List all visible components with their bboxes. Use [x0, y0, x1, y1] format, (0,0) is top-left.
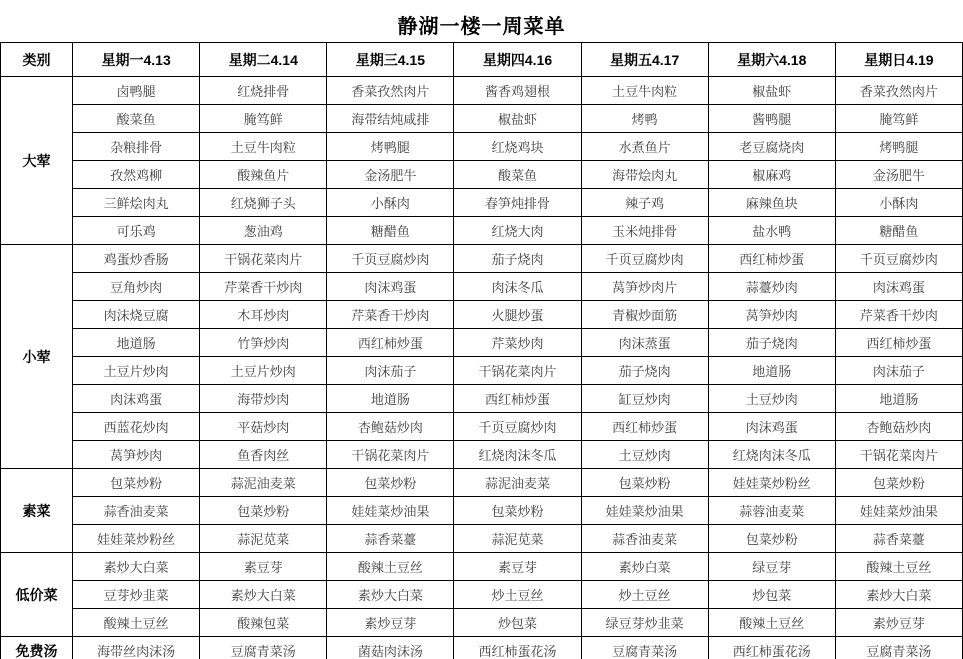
- menu-cell: 西红柿蛋花汤: [708, 637, 835, 659]
- page-title: 静湖一楼一周菜单: [0, 0, 963, 42]
- menu-cell: 千页豆腐炒肉: [835, 245, 962, 273]
- menu-cell: 木耳炒肉: [200, 301, 327, 329]
- menu-cell: 肉沫鸡蛋: [327, 273, 454, 301]
- menu-cell: 西红柿炒蛋: [581, 413, 708, 441]
- menu-cell: 蒜香油麦菜: [73, 497, 200, 525]
- menu-cell: 蒜泥油麦菜: [200, 469, 327, 497]
- menu-cell: 鱼香肉丝: [200, 441, 327, 469]
- menu-cell: 豆腐青菜汤: [200, 637, 327, 659]
- menu-cell: 肉沫茄子: [327, 357, 454, 385]
- menu-cell: 红烧大肉: [454, 217, 581, 245]
- menu-cell: 素豆芽: [200, 553, 327, 581]
- category-cell: 大荤: [1, 77, 73, 245]
- menu-cell: 酸菜鱼: [73, 105, 200, 133]
- menu-cell: 土豆炒肉: [708, 385, 835, 413]
- menu-cell: 麻辣鱼块: [708, 189, 835, 217]
- menu-cell: 蒜香菜薹: [327, 525, 454, 553]
- menu-cell: 红烧鸡块: [454, 133, 581, 161]
- menu-cell: 西红柿炒蛋: [454, 385, 581, 413]
- menu-cell: 豆芽炒韭菜: [73, 581, 200, 609]
- menu-cell: 烤鸭: [581, 105, 708, 133]
- menu-cell: 炒土豆丝: [581, 581, 708, 609]
- menu-row: 杂粮排骨土豆牛肉粒烤鸭腿红烧鸡块水煮鱼片老豆腐烧肉烤鸭腿: [1, 133, 963, 161]
- menu-row: 酸辣土豆丝酸辣包菜素炒豆芽炒包菜绿豆芽炒韭菜酸辣土豆丝素炒豆芽: [1, 609, 963, 637]
- menu-cell: 盐水鸭: [708, 217, 835, 245]
- menu-table-header: 类别 星期一4.13 星期二4.14 星期三4.15 星期四4.16 星期五4.…: [1, 43, 963, 77]
- menu-cell: 海带丝肉沫汤: [73, 637, 200, 659]
- category-cell: 免费汤: [1, 637, 73, 659]
- menu-cell: 青椒炒面筋: [581, 301, 708, 329]
- header-category: 类别: [1, 43, 73, 77]
- menu-cell: 平菇炒肉: [200, 413, 327, 441]
- menu-cell: 素炒大白菜: [73, 553, 200, 581]
- menu-cell: 素炒豆芽: [327, 609, 454, 637]
- menu-row: 低价菜素炒大白菜素豆芽酸辣土豆丝素豆芽素炒白菜绿豆芽酸辣土豆丝: [1, 553, 963, 581]
- menu-cell: 火腿炒蛋: [454, 301, 581, 329]
- menu-cell: 三鲜烩肉丸: [73, 189, 200, 217]
- header-sunday: 星期日4.19: [835, 43, 962, 77]
- menu-cell: 缸豆炒肉: [581, 385, 708, 413]
- menu-cell: 芹菜香干炒肉: [200, 273, 327, 301]
- menu-cell: 土豆片炒肉: [73, 357, 200, 385]
- menu-cell: 豆角炒肉: [73, 273, 200, 301]
- header-thursday: 星期四4.16: [454, 43, 581, 77]
- menu-cell: 肉沫烧豆腐: [73, 301, 200, 329]
- menu-cell: 地道肠: [327, 385, 454, 413]
- header-wednesday: 星期三4.15: [327, 43, 454, 77]
- menu-cell: 肉沫鸡蛋: [835, 273, 962, 301]
- menu-cell: 酸辣土豆丝: [835, 553, 962, 581]
- menu-cell: 包菜炒粉: [454, 497, 581, 525]
- menu-row: 蒜香油麦菜包菜炒粉娃娃菜炒油果包菜炒粉娃娃菜炒油果蒜蓉油麦菜娃娃菜炒油果: [1, 497, 963, 525]
- header-monday: 星期一4.13: [73, 43, 200, 77]
- menu-cell: 腌笃鲜: [200, 105, 327, 133]
- menu-cell: 蒜泥苋菜: [454, 525, 581, 553]
- header-tuesday: 星期二4.14: [200, 43, 327, 77]
- menu-cell: 糖醋鱼: [835, 217, 962, 245]
- menu-cell: 杂粮排骨: [73, 133, 200, 161]
- menu-cell: 红烧排骨: [200, 77, 327, 105]
- menu-cell: 素炒大白菜: [835, 581, 962, 609]
- menu-cell: 豆腐青菜汤: [581, 637, 708, 659]
- menu-cell: 卤鸭腿: [73, 77, 200, 105]
- menu-cell: 干锅花菜肉片: [454, 357, 581, 385]
- menu-cell: 海带炒肉: [200, 385, 327, 413]
- menu-cell: 素炒大白菜: [327, 581, 454, 609]
- menu-cell: 包菜炒粉: [708, 525, 835, 553]
- menu-cell: 西红柿炒蛋: [835, 329, 962, 357]
- category-cell: 小荤: [1, 245, 73, 469]
- menu-cell: 西红柿炒蛋: [327, 329, 454, 357]
- category-cell: 素菜: [1, 469, 73, 553]
- menu-row: 肉沫烧豆腐木耳炒肉芹菜香干炒肉火腿炒蛋青椒炒面筋莴笋炒肉芹菜香干炒肉: [1, 301, 963, 329]
- menu-cell: 腌笃鲜: [835, 105, 962, 133]
- menu-cell: 包菜炒粉: [835, 469, 962, 497]
- menu-cell: 肉沫冬瓜: [454, 273, 581, 301]
- menu-table-body: 大荤卤鸭腿红烧排骨香菜孜然肉片酱香鸡翅根土豆牛肉粒椒盐虾香菜孜然肉片酸菜鱼腌笃鲜…: [1, 77, 963, 659]
- menu-cell: 豆腐青菜汤: [835, 637, 962, 659]
- menu-cell: 烤鸭腿: [835, 133, 962, 161]
- menu-cell: 酸辣包菜: [200, 609, 327, 637]
- menu-cell: 芹菜炒肉: [454, 329, 581, 357]
- menu-row: 莴笋炒肉鱼香肉丝干锅花菜肉片红烧肉沫冬瓜土豆炒肉红烧肉沫冬瓜干锅花菜肉片: [1, 441, 963, 469]
- menu-cell: 娃娃菜炒粉丝: [708, 469, 835, 497]
- menu-cell: 蒜香菜薹: [835, 525, 962, 553]
- menu-document: 静湖一楼一周菜单 类别 星期一4.13 星期二4.14 星期三4.15 星期四4…: [0, 0, 963, 659]
- menu-cell: 春笋炖排骨: [454, 189, 581, 217]
- menu-cell: 红烧狮子头: [200, 189, 327, 217]
- menu-cell: 包菜炒粉: [327, 469, 454, 497]
- menu-cell: 炒包菜: [454, 609, 581, 637]
- menu-cell: 娃娃菜炒油果: [835, 497, 962, 525]
- menu-cell: 玉米炖排骨: [581, 217, 708, 245]
- menu-row: 孜然鸡柳酸辣鱼片金汤肥牛酸菜鱼海带烩肉丸椒麻鸡金汤肥牛: [1, 161, 963, 189]
- header-row: 类别 星期一4.13 星期二4.14 星期三4.15 星期四4.16 星期五4.…: [1, 43, 963, 77]
- menu-cell: 杏鲍菇炒肉: [327, 413, 454, 441]
- menu-cell: 红烧肉沫冬瓜: [454, 441, 581, 469]
- menu-cell: 干锅花菜肉片: [327, 441, 454, 469]
- menu-cell: 酱鸭腿: [708, 105, 835, 133]
- menu-cell: 葱油鸡: [200, 217, 327, 245]
- menu-cell: 竹笋炒肉: [200, 329, 327, 357]
- menu-cell: 包菜炒粉: [200, 497, 327, 525]
- menu-cell: 孜然鸡柳: [73, 161, 200, 189]
- menu-cell: 小酥肉: [327, 189, 454, 217]
- menu-cell: 素豆芽: [454, 553, 581, 581]
- menu-cell: 蒜泥油麦菜: [454, 469, 581, 497]
- menu-cell: 地道肠: [708, 357, 835, 385]
- menu-row: 酸菜鱼腌笃鲜海带结炖咸排椒盐虾烤鸭酱鸭腿腌笃鲜: [1, 105, 963, 133]
- menu-cell: 素炒豆芽: [835, 609, 962, 637]
- menu-cell: 酸菜鱼: [454, 161, 581, 189]
- menu-row: 地道肠竹笋炒肉西红柿炒蛋芹菜炒肉肉沫蒸蛋茄子烧肉西红柿炒蛋: [1, 329, 963, 357]
- menu-cell: 可乐鸡: [73, 217, 200, 245]
- menu-cell: 茄子烧肉: [581, 357, 708, 385]
- menu-cell: 西蓝花炒肉: [73, 413, 200, 441]
- menu-cell: 蒜薹炒肉: [708, 273, 835, 301]
- menu-cell: 土豆牛肉粒: [581, 77, 708, 105]
- menu-cell: 酸辣土豆丝: [73, 609, 200, 637]
- menu-cell: 椒盐虾: [454, 105, 581, 133]
- menu-cell: 莴笋炒肉片: [581, 273, 708, 301]
- menu-row: 素菜包菜炒粉蒜泥油麦菜包菜炒粉蒜泥油麦菜包菜炒粉娃娃菜炒粉丝包菜炒粉: [1, 469, 963, 497]
- menu-cell: 椒盐虾: [708, 77, 835, 105]
- menu-cell: 芹菜香干炒肉: [835, 301, 962, 329]
- menu-cell: 水煮鱼片: [581, 133, 708, 161]
- menu-cell: 炒土豆丝: [454, 581, 581, 609]
- menu-cell: 辣子鸡: [581, 189, 708, 217]
- menu-cell: 土豆片炒肉: [200, 357, 327, 385]
- menu-row: 肉沫鸡蛋海带炒肉地道肠西红柿炒蛋缸豆炒肉土豆炒肉地道肠: [1, 385, 963, 413]
- menu-cell: 包菜炒粉: [73, 469, 200, 497]
- menu-cell: 酸辣鱼片: [200, 161, 327, 189]
- menu-cell: 香菜孜然肉片: [835, 77, 962, 105]
- menu-cell: 娃娃菜炒粉丝: [73, 525, 200, 553]
- menu-cell: 海带结炖咸排: [327, 105, 454, 133]
- menu-cell: 蒜泥苋菜: [200, 525, 327, 553]
- menu-row: 三鲜烩肉丸红烧狮子头小酥肉春笋炖排骨辣子鸡麻辣鱼块小酥肉: [1, 189, 963, 217]
- menu-cell: 肉沫蒸蛋: [581, 329, 708, 357]
- menu-cell: 烤鸭腿: [327, 133, 454, 161]
- menu-cell: 金汤肥牛: [327, 161, 454, 189]
- menu-cell: 素炒白菜: [581, 553, 708, 581]
- menu-cell: 肉沫茄子: [835, 357, 962, 385]
- menu-row: 西蓝花炒肉平菇炒肉杏鲍菇炒肉千页豆腐炒肉西红柿炒蛋肉沫鸡蛋杏鲍菇炒肉: [1, 413, 963, 441]
- menu-cell: 香菜孜然肉片: [327, 77, 454, 105]
- menu-cell: 酸辣土豆丝: [708, 609, 835, 637]
- menu-table: 类别 星期一4.13 星期二4.14 星期三4.15 星期四4.16 星期五4.…: [0, 42, 963, 659]
- menu-cell: 糖醋鱼: [327, 217, 454, 245]
- menu-row: 小荤鸡蛋炒香肠干锅花菜肉片千页豆腐炒肉茄子烧肉千页豆腐炒肉西红柿炒蛋千页豆腐炒肉: [1, 245, 963, 273]
- menu-cell: 肉沫鸡蛋: [73, 385, 200, 413]
- menu-cell: 菌菇肉沫汤: [327, 637, 454, 659]
- menu-cell: 红烧肉沫冬瓜: [708, 441, 835, 469]
- menu-cell: 干锅花菜肉片: [200, 245, 327, 273]
- menu-cell: 地道肠: [835, 385, 962, 413]
- header-saturday: 星期六4.18: [708, 43, 835, 77]
- header-friday: 星期五4.17: [581, 43, 708, 77]
- menu-cell: 酸辣土豆丝: [327, 553, 454, 581]
- menu-cell: 西红柿蛋花汤: [454, 637, 581, 659]
- menu-row: 可乐鸡葱油鸡糖醋鱼红烧大肉玉米炖排骨盐水鸭糖醋鱼: [1, 217, 963, 245]
- menu-cell: 娃娃菜炒油果: [327, 497, 454, 525]
- menu-cell: 莴笋炒肉: [708, 301, 835, 329]
- menu-cell: 酱香鸡翅根: [454, 77, 581, 105]
- menu-cell: 包菜炒粉: [581, 469, 708, 497]
- menu-cell: 绿豆芽炒韭菜: [581, 609, 708, 637]
- menu-row: 免费汤海带丝肉沫汤豆腐青菜汤菌菇肉沫汤西红柿蛋花汤豆腐青菜汤西红柿蛋花汤豆腐青菜…: [1, 637, 963, 659]
- menu-cell: 小酥肉: [835, 189, 962, 217]
- menu-cell: 蒜蓉油麦菜: [708, 497, 835, 525]
- menu-cell: 土豆牛肉粒: [200, 133, 327, 161]
- menu-cell: 素炒大白菜: [200, 581, 327, 609]
- menu-cell: 肉沫鸡蛋: [708, 413, 835, 441]
- menu-row: 豆角炒肉芹菜香干炒肉肉沫鸡蛋肉沫冬瓜莴笋炒肉片蒜薹炒肉肉沫鸡蛋: [1, 273, 963, 301]
- menu-cell: 地道肠: [73, 329, 200, 357]
- menu-cell: 千页豆腐炒肉: [454, 413, 581, 441]
- menu-cell: 蒜香油麦菜: [581, 525, 708, 553]
- menu-cell: 芹菜香干炒肉: [327, 301, 454, 329]
- menu-row: 土豆片炒肉土豆片炒肉肉沫茄子干锅花菜肉片茄子烧肉地道肠肉沫茄子: [1, 357, 963, 385]
- menu-cell: 椒麻鸡: [708, 161, 835, 189]
- menu-cell: 土豆炒肉: [581, 441, 708, 469]
- menu-cell: 杏鲍菇炒肉: [835, 413, 962, 441]
- menu-cell: 千页豆腐炒肉: [327, 245, 454, 273]
- menu-cell: 茄子烧肉: [454, 245, 581, 273]
- menu-row: 大荤卤鸭腿红烧排骨香菜孜然肉片酱香鸡翅根土豆牛肉粒椒盐虾香菜孜然肉片: [1, 77, 963, 105]
- menu-cell: 炒包菜: [708, 581, 835, 609]
- menu-cell: 鸡蛋炒香肠: [73, 245, 200, 273]
- menu-cell: 茄子烧肉: [708, 329, 835, 357]
- menu-cell: 老豆腐烧肉: [708, 133, 835, 161]
- category-cell: 低价菜: [1, 553, 73, 637]
- menu-cell: 干锅花菜肉片: [835, 441, 962, 469]
- menu-cell: 金汤肥牛: [835, 161, 962, 189]
- menu-cell: 莴笋炒肉: [73, 441, 200, 469]
- menu-row: 豆芽炒韭菜素炒大白菜素炒大白菜炒土豆丝炒土豆丝炒包菜素炒大白菜: [1, 581, 963, 609]
- menu-cell: 娃娃菜炒油果: [581, 497, 708, 525]
- menu-cell: 绿豆芽: [708, 553, 835, 581]
- menu-cell: 西红柿炒蛋: [708, 245, 835, 273]
- menu-row: 娃娃菜炒粉丝蒜泥苋菜蒜香菜薹蒜泥苋菜蒜香油麦菜包菜炒粉蒜香菜薹: [1, 525, 963, 553]
- menu-cell: 海带烩肉丸: [581, 161, 708, 189]
- menu-cell: 千页豆腐炒肉: [581, 245, 708, 273]
